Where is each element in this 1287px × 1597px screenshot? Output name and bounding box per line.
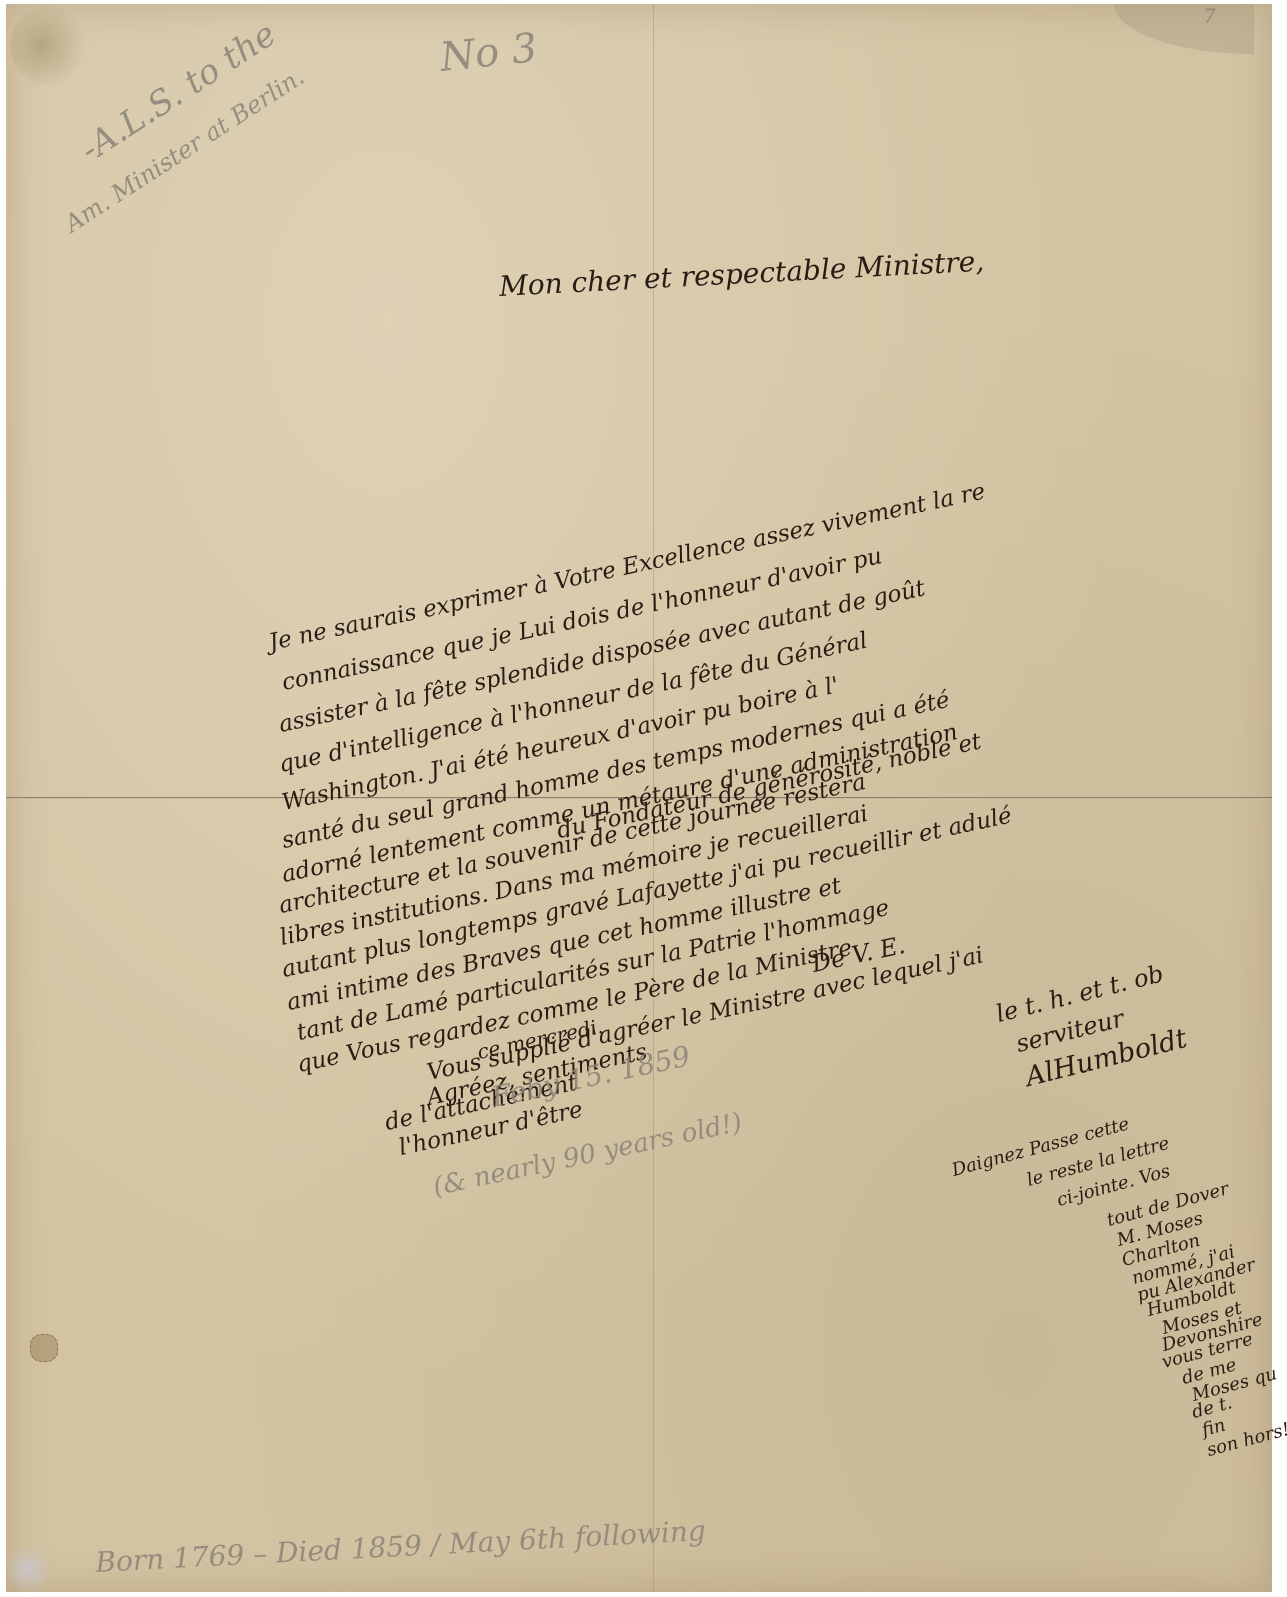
corner-curl xyxy=(1114,4,1254,54)
paper-stain xyxy=(30,1334,58,1362)
bottom-corner-stain xyxy=(8,1544,48,1594)
corner-stain xyxy=(10,6,90,86)
page-number: 7 xyxy=(1203,4,1216,28)
